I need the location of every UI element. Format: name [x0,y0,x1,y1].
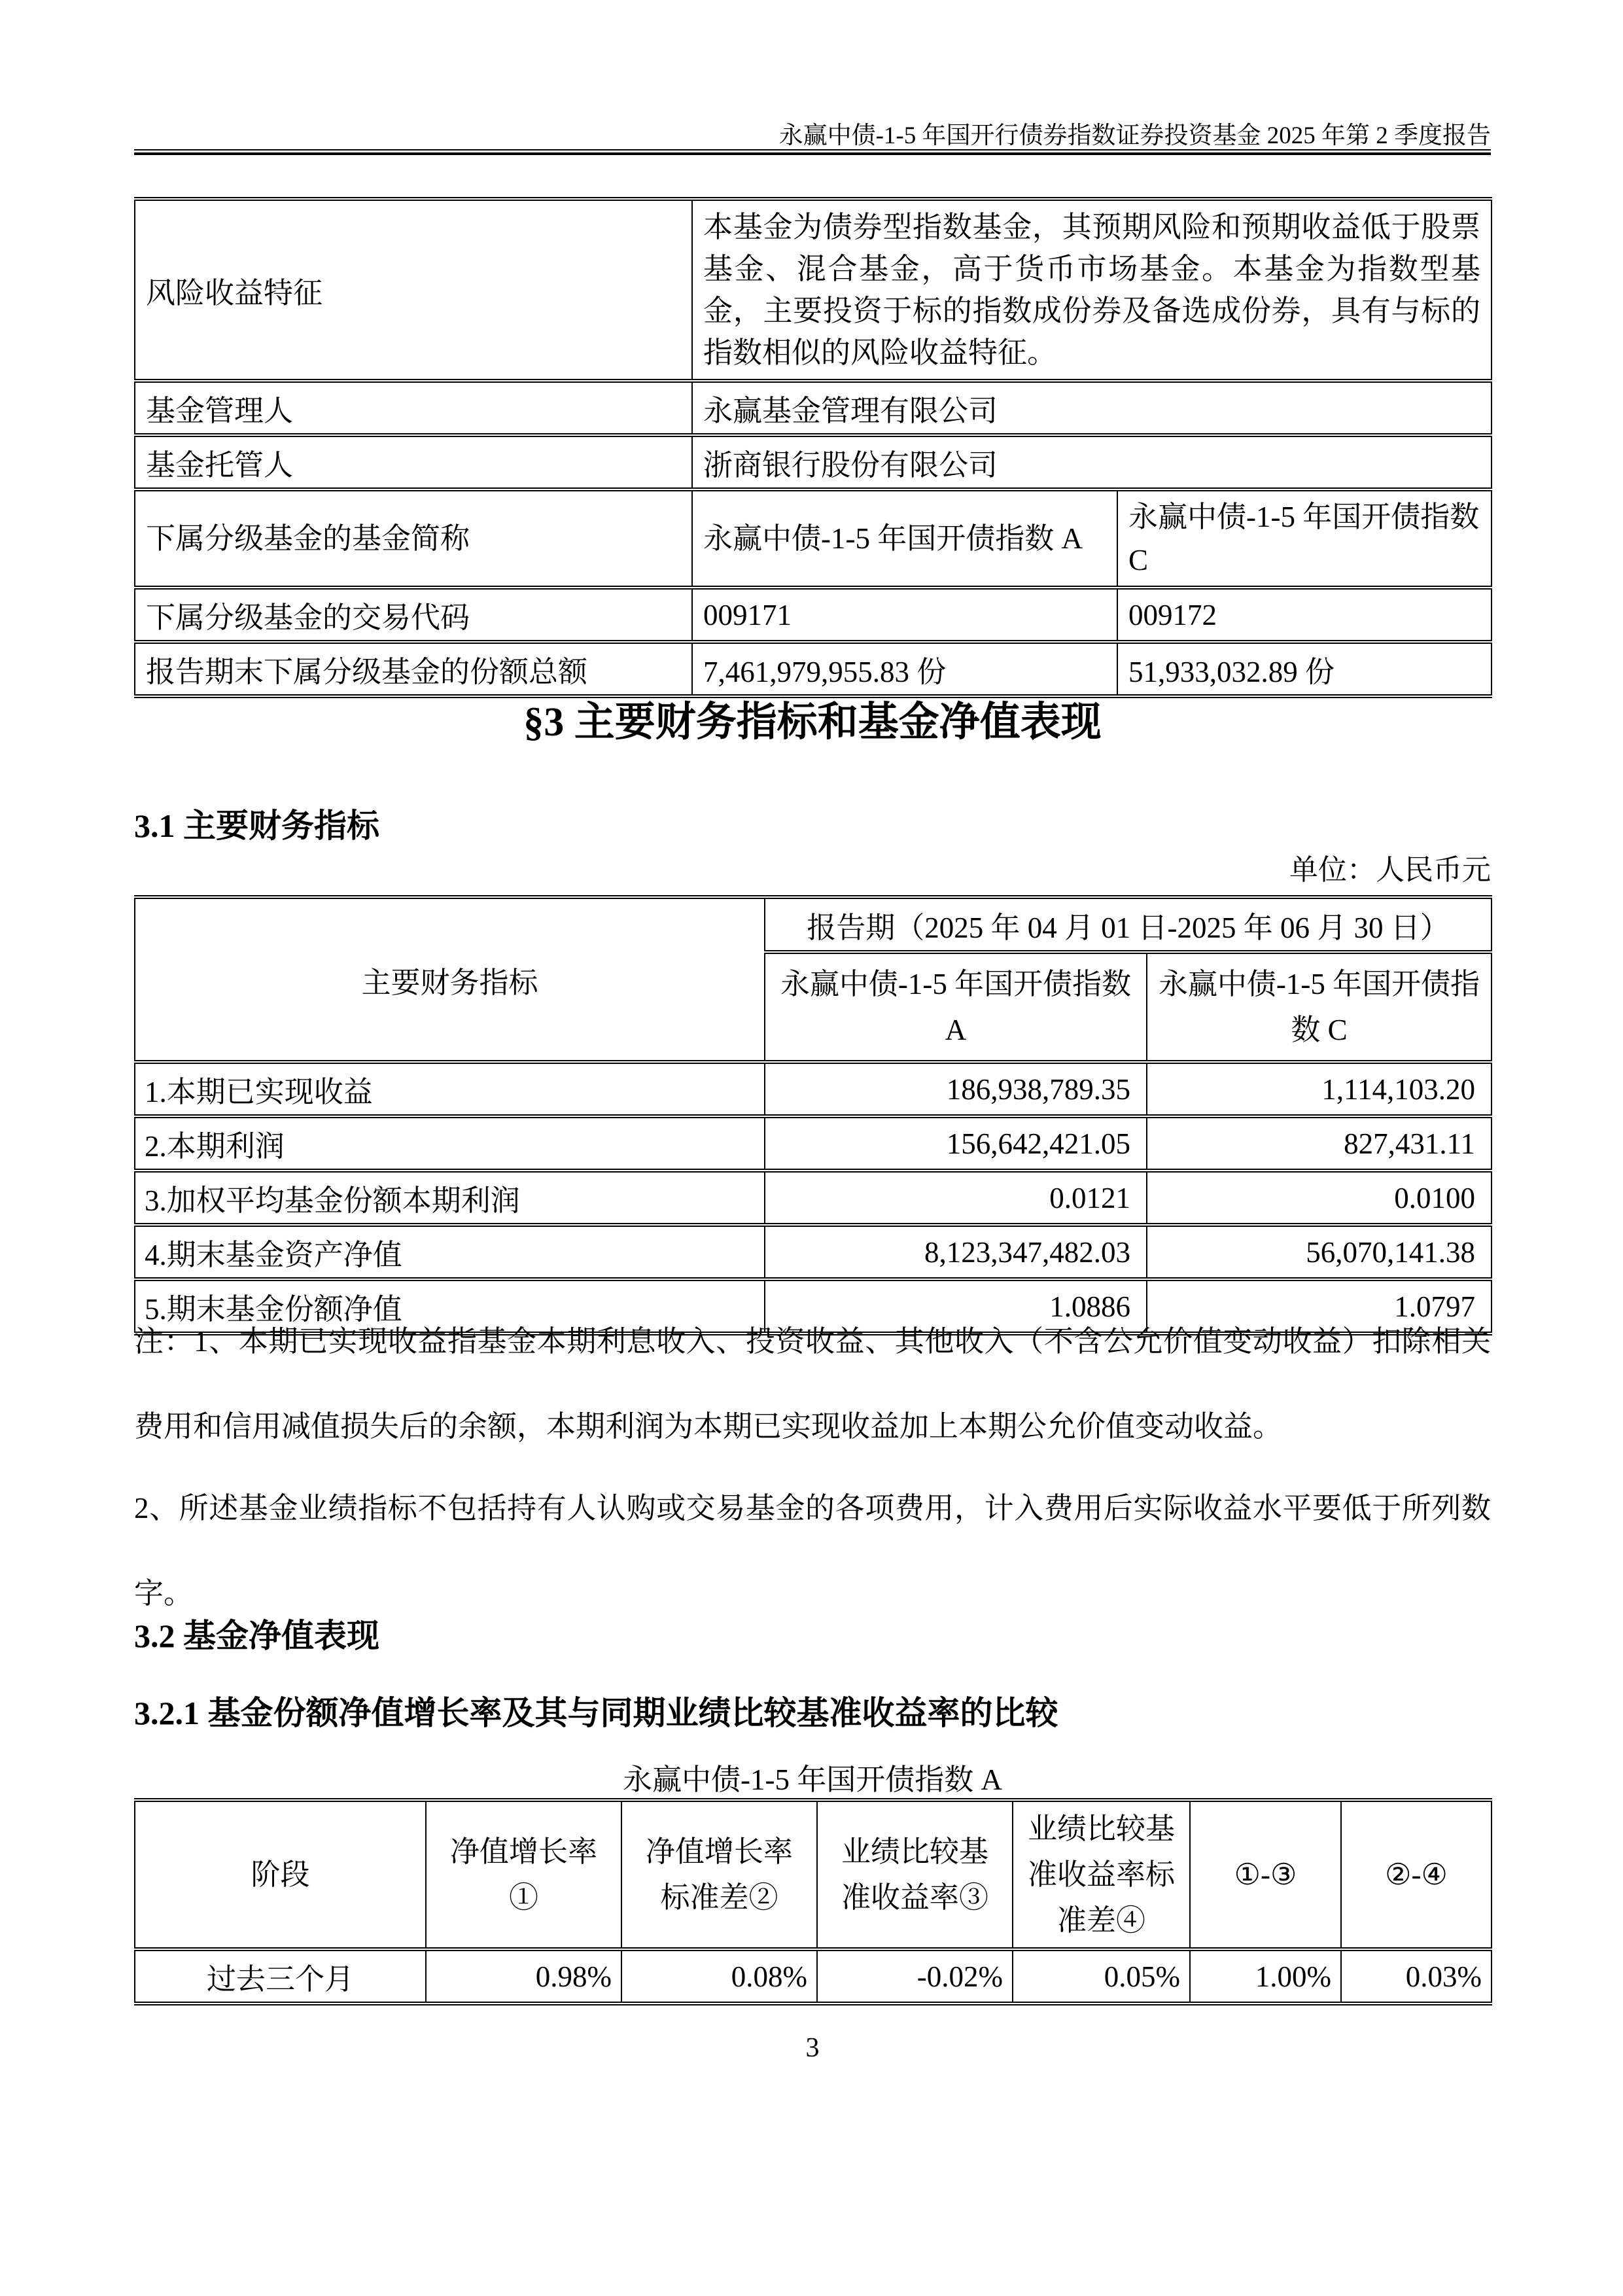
diff-1-3-header: ①-③ [1190,1800,1341,1949]
table-header-row: 阶段 净值增长率① 净值增长率标准差② 业绩比较基准收益率③ 业绩比较基准收益率… [135,1800,1492,1949]
class-a-code: 009171 [692,588,1117,642]
table-row: 下属分级基金的基金简称 永赢中债-1-5 年国开债指数 A 永赢中债-1-5 年… [135,489,1492,588]
fund-c-value: 1,114,103.20 [1147,1062,1492,1116]
table-row: 2.本期利润 156,642,421.05 827,431.11 [135,1116,1492,1171]
financial-note-2: 2、所述基金业绩指标不包括持有人认购或交易基金的各项费用，计入费用后实际收益水平… [134,1466,1491,1636]
table-row: 4.期末基金资产净值 8,123,347,482.03 56,070,141.3… [135,1225,1492,1279]
nav-growth-header: 净值增长率① [426,1800,621,1949]
row-label: 1.本期已实现收益 [135,1062,765,1116]
risk-return-value: 本基金为债券型指数基金，其预期风险和预期收益低于股票基金、混合基金，高于货币市场… [692,199,1492,381]
report-period-header: 报告期（2025 年 04 月 01 日-2025 年 06 月 30 日） [765,897,1492,952]
unit-note: 单位：人民币元 [134,853,1491,888]
fund-manager-value: 永赢基金管理有限公司 [692,381,1492,435]
table-row: 风险收益特征 本基金为债券型指数基金，其预期风险和预期收益低于股票基金、混合基金… [135,199,1492,381]
period-column-header: 阶段 [135,1800,426,1949]
nav-growth-stddev-value: 0.08% [621,1949,817,2004]
table-header-row: 主要财务指标 报告期（2025 年 04 月 01 日-2025 年 06 月 … [135,897,1492,952]
fund-a-value: 156,642,421.05 [765,1116,1147,1171]
benchmark-stddev-header: 业绩比较基准收益率标准差④ [1013,1800,1190,1949]
section-3-2-heading: 3.2 基金净值表现 [134,1616,1491,1655]
diff-1-3-value: 1.00% [1190,1949,1341,2004]
fund-a-value: 8,123,347,482.03 [765,1225,1147,1279]
report-page: 永赢中债-1-5 年国开行债券指数证券投资基金 2025 年第 2 季度报告 风… [0,0,1623,2296]
table-row: 报告期末下属分级基金的份额总额 7,461,979,955.83 份 51,93… [135,642,1492,696]
table-row: 基金管理人 永赢基金管理有限公司 [135,381,1492,435]
fund-manager-label: 基金管理人 [135,381,692,435]
benchmark-return-header: 业绩比较基准收益率③ [817,1800,1013,1949]
fund-c-value: 56,070,141.38 [1147,1225,1492,1279]
table-row: 3.加权平均基金份额本期利润 0.0121 0.0100 [135,1171,1492,1225]
performance-table: 阶段 净值增长率① 净值增长率标准差② 业绩比较基准收益率③ 业绩比较基准收益率… [134,1798,1492,2005]
fund-custodian-label: 基金托管人 [135,435,692,489]
class-c-total-shares: 51,933,032.89 份 [1117,642,1492,696]
nav-growth-value: 0.98% [426,1949,621,2004]
nav-growth-stddev-header: 净值增长率标准差② [621,1800,817,1949]
class-a-total-shares: 7,461,979,955.83 份 [692,642,1117,696]
class-c-code: 009172 [1117,588,1492,642]
section-3-2-1-heading: 3.2.1 基金份额净值增长率及其与同期业绩比较基准收益率的比较 [134,1693,1491,1733]
fund-a-column-header: 永赢中债-1-5 年国开债指数 A [765,952,1147,1062]
class-c-short-name: 永赢中债-1-5 年国开债指数 C [1117,489,1492,588]
page-header-title: 永赢中债-1-5 年国开行债券指数证券投资基金 2025 年第 2 季度报告 [134,122,1491,150]
total-shares-label: 报告期末下属分级基金的份额总额 [135,642,692,696]
financial-indicator-corner-header: 主要财务指标 [135,897,765,1062]
row-label: 2.本期利润 [135,1116,765,1171]
table-row: 过去三个月 0.98% 0.08% -0.02% 0.05% 1.00% 0.0… [135,1949,1492,2004]
financial-note-1: 注：1、本期已实现收益指基金本期利息收入、投资收益、其他收入（不含公允价值变动收… [134,1299,1491,1469]
fund-custodian-value: 浙商银行股份有限公司 [692,435,1492,489]
benchmark-return-value: -0.02% [817,1949,1013,2004]
section-3-title: §3 主要财务指标和基金净值表现 [134,699,1491,746]
fund-a-value: 186,938,789.35 [765,1062,1147,1116]
fund-c-column-header: 永赢中债-1-5 年国开债指数 C [1147,952,1492,1062]
row-label: 3.加权平均基金份额本期利润 [135,1171,765,1225]
row-label: 4.期末基金资产净值 [135,1225,765,1279]
fund-class-a-subtitle: 永赢中债-1-5 年国开债指数 A [134,1761,1491,1798]
fund-c-value: 827,431.11 [1147,1116,1492,1171]
section-3-1-heading: 3.1 主要财务指标 [134,806,1491,845]
table-row: 下属分级基金的交易代码 009171 009172 [135,588,1492,642]
fund-a-value: 0.0121 [765,1171,1147,1225]
sub-fund-short-name-label: 下属分级基金的基金简称 [135,489,692,588]
fund-info-table: 风险收益特征 本基金为债券型指数基金，其预期风险和预期收益低于股票基金、混合基金… [134,197,1492,698]
risk-return-label: 风险收益特征 [135,199,692,381]
sub-fund-code-label: 下属分级基金的交易代码 [135,588,692,642]
page-number: 3 [134,2032,1491,2064]
financial-indicators-table: 主要财务指标 报告期（2025 年 04 月 01 日-2025 年 06 月 … [134,895,1492,1335]
fund-c-value: 0.0100 [1147,1171,1492,1225]
period-value: 过去三个月 [135,1949,426,2004]
class-a-short-name: 永赢中债-1-5 年国开债指数 A [692,489,1117,588]
benchmark-stddev-value: 0.05% [1013,1949,1190,2004]
table-row: 1.本期已实现收益 186,938,789.35 1,114,103.20 [135,1062,1492,1116]
table-row: 基金托管人 浙商银行股份有限公司 [135,435,1492,489]
diff-2-4-value: 0.03% [1341,1949,1492,2004]
header-rule [134,149,1491,155]
diff-2-4-header: ②-④ [1341,1800,1492,1949]
